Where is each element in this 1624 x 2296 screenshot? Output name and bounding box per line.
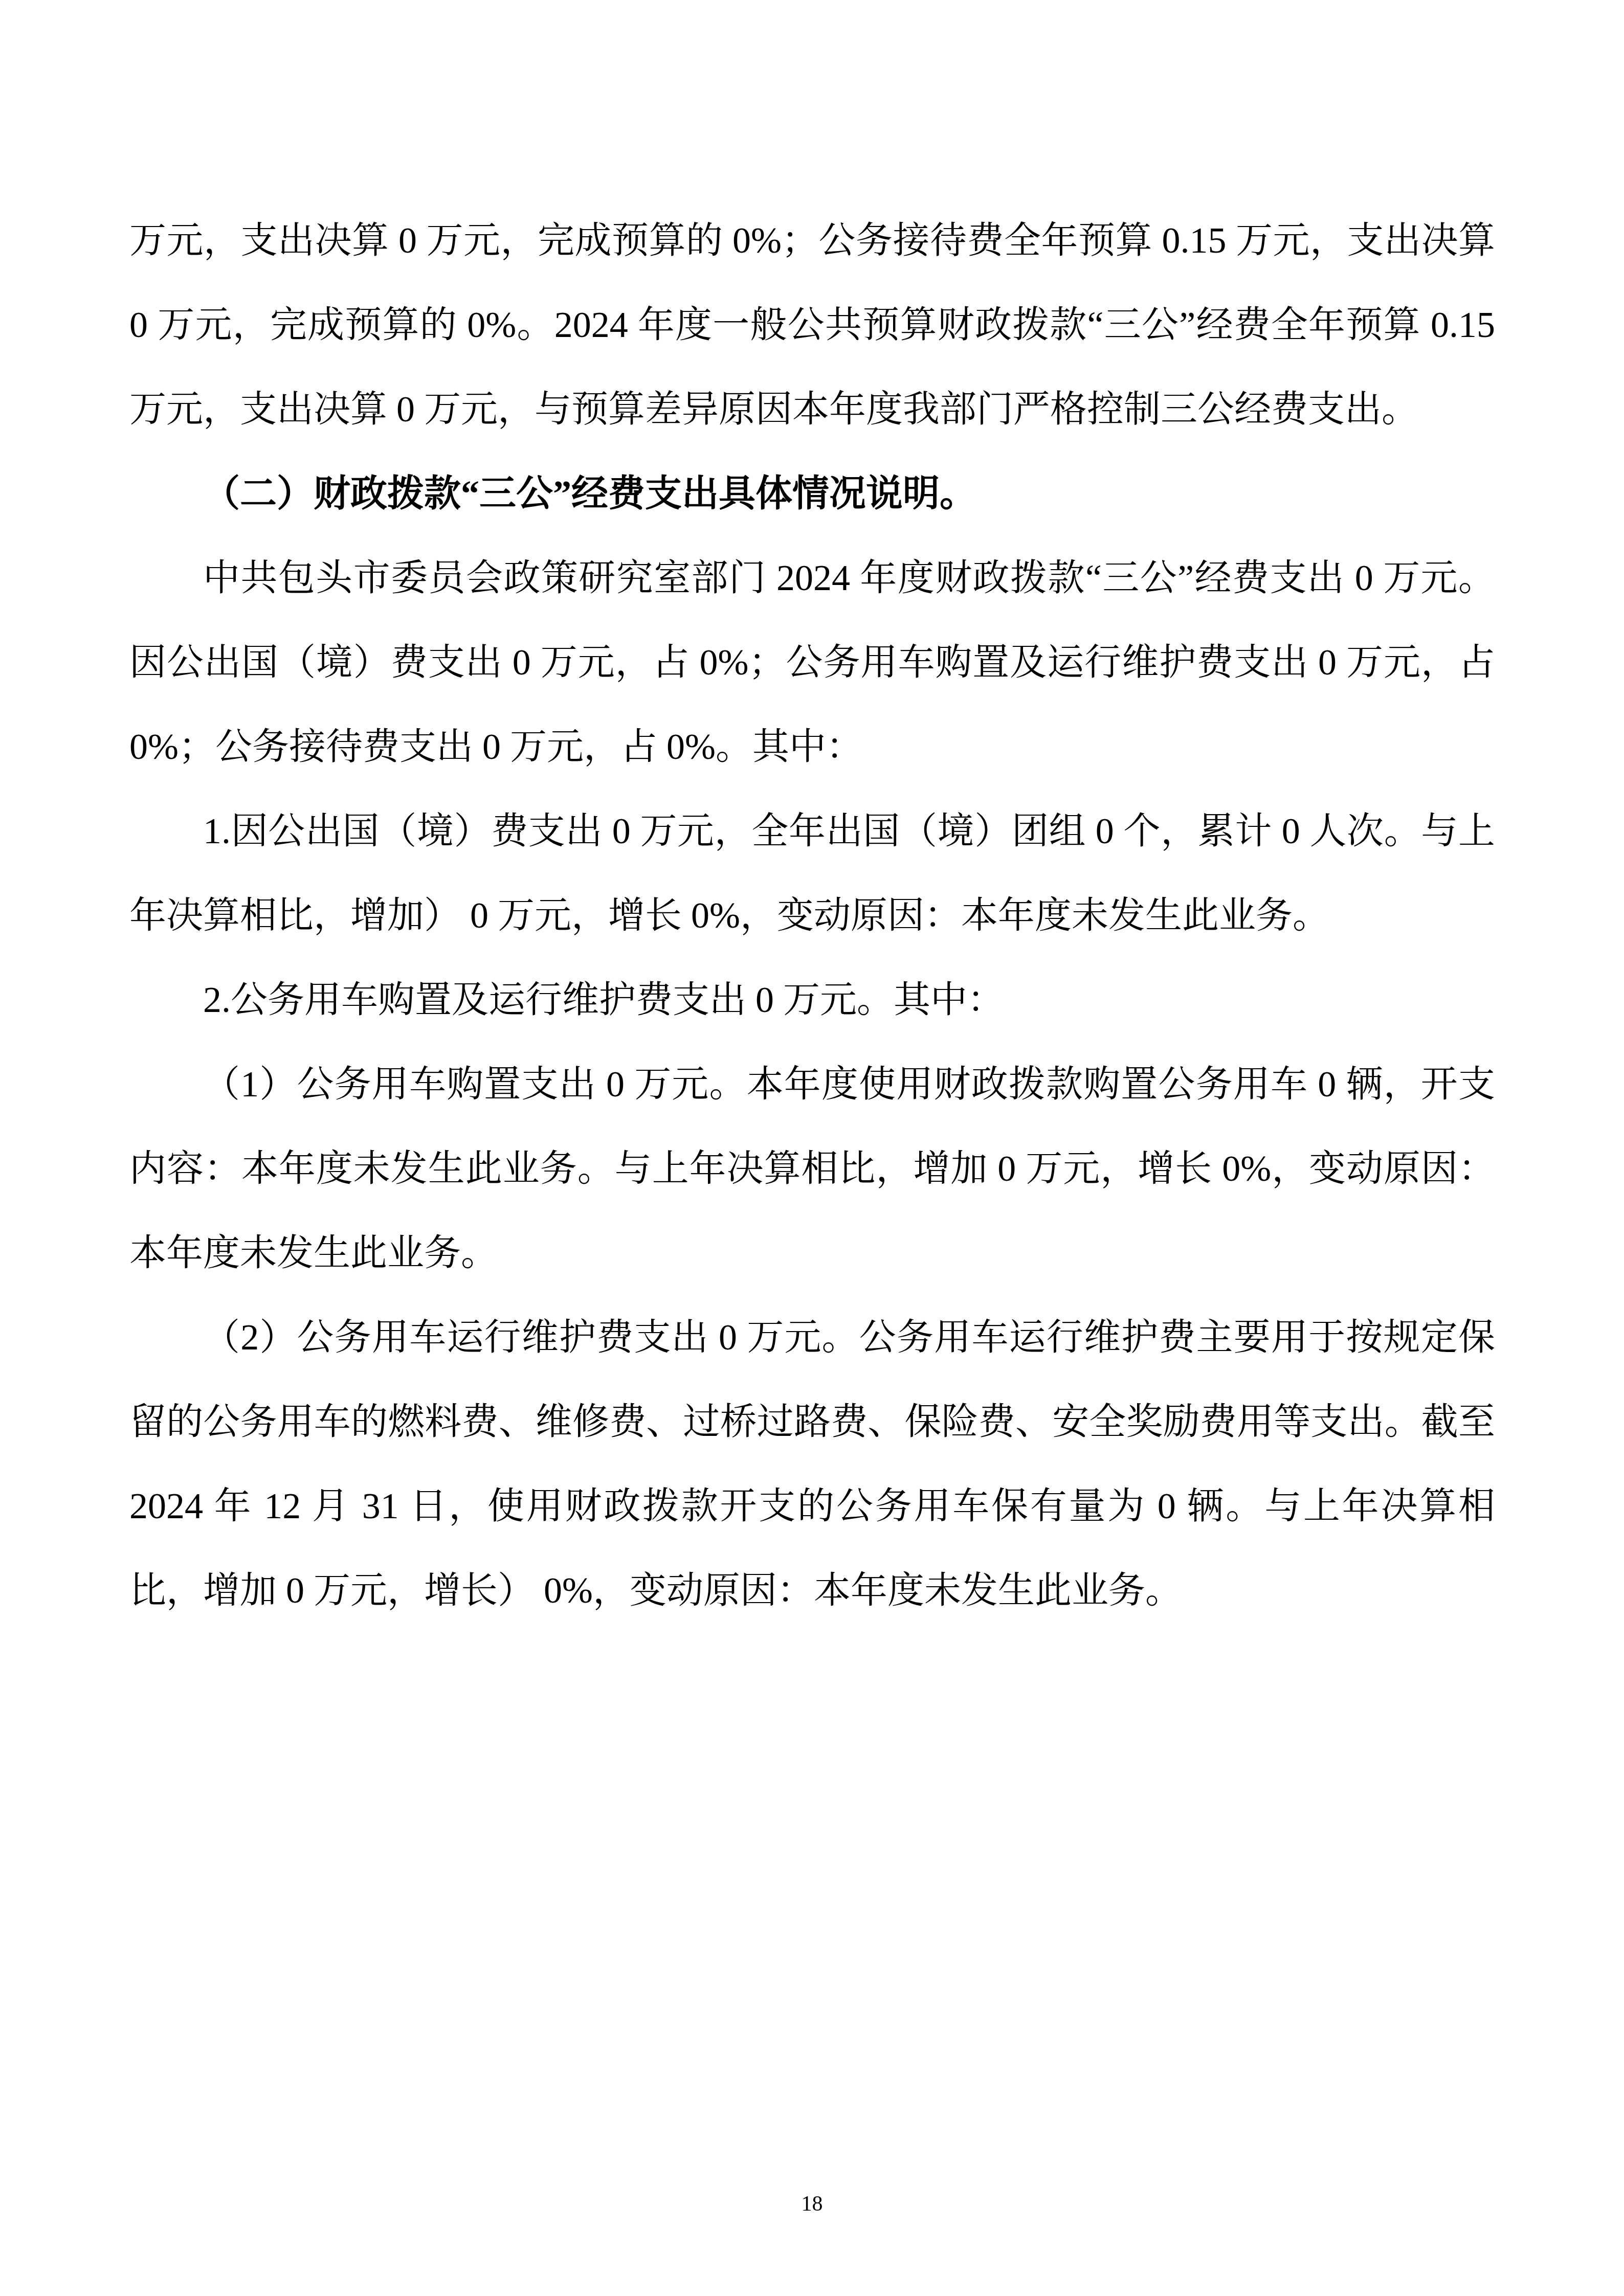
body-paragraph-carryover: 万元，支出决算 0 万元，完成预算的 0%；公务接待费全年预算 0.15 万元，…	[129, 198, 1495, 452]
body-paragraph-summary: 中共包头市委员会政策研究室部门 2024 年度财政拨款“三公”经费支出 0 万元…	[129, 536, 1495, 789]
body-paragraph-item-2-1: （1）公务用车购置支出 0 万元。本年度使用财政拨款购置公务用车 0 辆，开支内…	[129, 1042, 1495, 1295]
page-number: 18	[0, 2189, 1624, 2219]
body-paragraph-item-2: 2.公务用车购置及运行维护费支出 0 万元。其中：	[129, 958, 1495, 1042]
body-paragraph-item-2-2: （2）公务用车运行维护费支出 0 万元。公务用车运行维护费主要用于按规定保留的公…	[129, 1295, 1495, 1633]
document-page: 万元，支出决算 0 万元，完成预算的 0%；公务接待费全年预算 0.15 万元，…	[0, 0, 1624, 2296]
body-paragraph-item-1: 1.因公出国（境）费支出 0 万元，全年出国（境）团组 0 个，累计 0 人次。…	[129, 789, 1495, 958]
section-heading: （二）财政拨款“三公”经费支出具体情况说明。	[129, 452, 1495, 536]
text-content: 万元，支出决算 0 万元，完成预算的 0%；公务接待费全年预算 0.15 万元，…	[129, 198, 1495, 1633]
